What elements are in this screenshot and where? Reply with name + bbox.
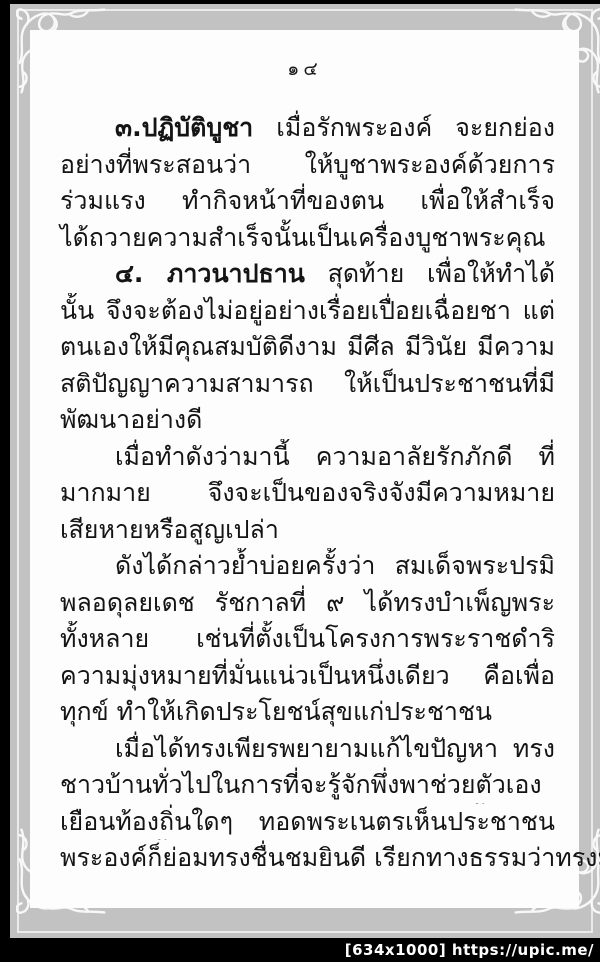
text-line: ได้ถวายความสำเร็จนั้นเป็นเครื่องบูชาพระค… [60,220,555,257]
page-number: ๑๔ [30,30,579,84]
text-line: พลอดุลยเดช รัชกาลที่ ๙ ได้ทรงบำเพ็ญพระรา… [60,585,555,622]
paragraph: ๓.ปฏิบัติบูชา เมื่อรักพระองค์ จะยกย่องเท… [60,110,555,256]
paragraph: ดังได้กล่าวย้ำบ่อยครั้งว่า สมเด็จพระปรมิ… [60,548,555,731]
paragraph: ๔. ภาวนาปธาน สุดท้าย เพื่อให้ทำได้ปฏิบัต… [60,256,555,439]
watermark-bar: [634x1000] https://upic.me/ [0,938,600,962]
document-page: ๑๔ ๓.ปฏิบัติบูชา เมื่อรักพระองค์ จะยกย่อ… [30,30,579,908]
text-line: ๔. ภาวนาปธาน สุดท้าย เพื่อให้ทำได้ปฏิบัต… [60,256,555,293]
text-line: ๓.ปฏิบัติบูชา เมื่อรักพระองค์ จะยกย่องเท… [60,110,555,147]
text-line: มากมาย จึงจะเป็นของจริงจังมีความหมาย มิใ… [60,475,555,512]
scanned-page-background: ๑๔ ๓.ปฏิบัติบูชา เมื่อรักพระองค์ จะยกย่อ… [0,0,600,962]
text-line: เมื่อทำดังว่ามานี้ ความอาลัยรักภักดี ที่… [60,439,555,476]
text-line: เสียหายหรือสูญเปล่า [60,512,555,549]
text-line: เยือนท้องถิ่นใดๆ ทอดพระเนตรเห็นประชาชนเป… [60,804,555,841]
text-line: พระองค์ก็ย่อมทรงชื่นชมยินดี เรียกทางธรรม… [60,840,555,877]
text-line: อย่างที่พระสอนว่า ให้บูชาพระองค์ด้วยการป… [60,147,555,184]
text-line: ตนเองให้มีคุณสมบัติดีงาม มีศีล มีวินัย ม… [60,329,555,366]
text-line: ร่วมแรง ทำกิจหน้าที่ของตน เพื่อให้สำเร็จ… [60,183,555,220]
text-line: ความมุ่งหมายที่มั่นแน่วเป็นหนึ่งเดียว คื… [60,658,555,695]
text-line: พัฒนาอย่างดี [60,402,555,439]
body-text: ๓.ปฏิบัติบูชา เมื่อรักพระองค์ จะยกย่องเท… [60,110,555,877]
text-line: ดังได้กล่าวย้ำบ่อยครั้งว่า สมเด็จพระปรมิ… [60,548,555,585]
text-line: ชาวบ้านทั่วไปในการที่จะรู้จักพึ่งพาช่วยต… [60,767,555,804]
text-line: สติปัญญาความสามารถ ให้เป็นประชาชนที่มีคุ… [60,366,555,403]
watermark-text: [634x1000] https://upic.me/ [345,941,594,959]
text-line: ทุกข์ ทำให้เกิดประโยชน์สุขแก่ประชาชน [60,694,555,731]
text-line: ทั้งหลาย เช่นที่ตั้งเป็นโครงการพระราชดำร… [60,621,555,658]
decorative-frame: ๑๔ ๓.ปฏิบัติบูชา เมื่อรักพระองค์ จะยกย่อ… [10,4,600,938]
paragraph: เมื่อทำดังว่ามานี้ ความอาลัยรักภักดี ที่… [60,439,555,549]
text-line: นั้น จึงจะต้องไม่อยู่อย่างเรื่อยเปื่อยเฉ… [60,293,555,330]
paragraph: เมื่อได้ทรงเพียรพยายามแก้ไขปัญหา ทรงนำพา… [60,731,555,877]
text-line: เมื่อได้ทรงเพียรพยายามแก้ไขปัญหา ทรงนำพา… [60,731,555,768]
